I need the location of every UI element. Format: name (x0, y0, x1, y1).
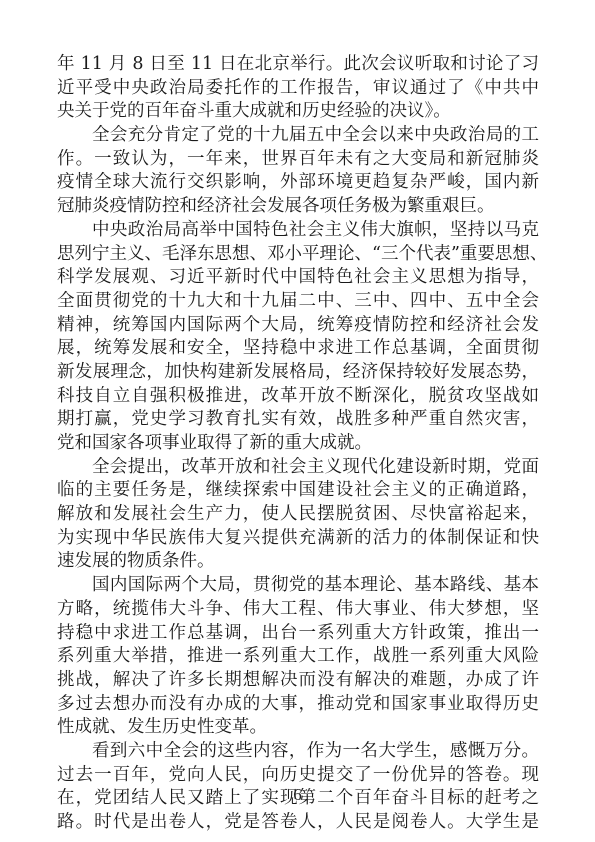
text-line: 年 11 月 8 日至 11 日在北京举行。此次会议听取和讨论了习 (57, 53, 539, 77)
text-line: 党和国家各项事业取得了新的重大成就。 (57, 432, 539, 456)
text-line: 思列宁主义、毛泽东思想、邓小平理论、“三个代表”重要思想、 (57, 243, 539, 267)
text-line: 精神，统筹国内国际两个大局，统筹疫情防控和经济社会发 (57, 314, 539, 338)
document-page: 年 11 月 8 日至 11 日在北京举行。此次会议听取和讨论了习 近平受中央政… (0, 0, 595, 842)
text-line: 解放和发展社会生产力，使人民摆脱贫困、尽快富裕起来， (57, 503, 539, 527)
paragraph-4: 全会提出，改革开放和社会主义现代化建设新时期，党面 临的主要任务是，继续探索中国… (57, 456, 539, 574)
text-line: 持稳中求进工作总基调，出台一系列重大方针政策，推出一 (57, 622, 539, 646)
paragraph-2: 全会充分肯定了党的十九届五中全会以来中央政治局的工 作。一致认为，一年来，世界百… (57, 124, 539, 219)
text-line: 方略，统揽伟大斗争、伟大工程、伟大事业、伟大梦想，坚 (57, 598, 539, 622)
text-line: 多过去想办而没有办成的大事，推动党和国家事业取得历史 (57, 693, 539, 717)
text-line: 期打赢，党史学习教育扎实有效，战胜多种严重自然灾害， (57, 408, 539, 432)
text-line: 临的主要任务是，继续探索中国建设社会主义的正确道路， (57, 479, 539, 503)
text-line: 路。时代是出卷人，党是答卷人，人民是阅卷人。大学生是 (57, 811, 539, 835)
text-line: 过去一百年，党向人民，向历史提交了一份优异的答卷。现 (57, 764, 539, 788)
text-line: 全会提出，改革开放和社会主义现代化建设新时期，党面 (57, 456, 539, 480)
paragraph-3: 中央政治局高举中国特色社会主义伟大旗帜，坚持以马克 思列宁主义、毛泽东思想、邓小… (57, 219, 539, 456)
text-line: 看到六中全会的这些内容，作为一名大学生，感慨万分。 (57, 740, 539, 764)
text-line: 冠肺炎疫情防控和经济社会发展各项任务极为繁重艰巨。 (57, 195, 539, 219)
text-line: 中央政治局高举中国特色社会主义伟大旗帜，坚持以马克 (57, 219, 539, 243)
text-line: 全面贯彻党的十九大和十九届二中、三中、四中、五中全会 (57, 290, 539, 314)
page-number: 6 (0, 785, 595, 805)
text-line: 展，统筹发展和安全，坚持稳中求进工作总基调，全面贯彻 (57, 337, 539, 361)
text-line: 科学发展观、习近平新时代中国特色社会主义思想为指导， (57, 266, 539, 290)
text-line: 作。一致认为，一年来，世界百年未有之大变局和新冠肺炎 (57, 148, 539, 172)
text-line: 性成就、发生历史性变革。 (57, 716, 539, 740)
text-line: 挑战，解决了许多长期想解决而没有解决的难题，办成了许 (57, 669, 539, 693)
text-line: 近平受中央政治局委托作的工作报告，审议通过了《中共中 (57, 77, 539, 101)
body-text: 年 11 月 8 日至 11 日在北京举行。此次会议听取和讨论了习 近平受中央政… (57, 53, 539, 835)
text-line: 为实现中华民族伟大复兴提供充满新的活力的体制保证和快 (57, 527, 539, 551)
text-line: 央关于党的百年奋斗重大成就和历史经验的决议》。 (57, 100, 539, 124)
text-line: 科技自立自强积极推进，改革开放不断深化，脱贫攻坚战如 (57, 385, 539, 409)
text-line: 新发展理念，加快构建新发展格局，经济保持较好发展态势， (57, 361, 539, 385)
text-line: 速发展的物质条件。 (57, 550, 539, 574)
text-line: 系列重大举措，推进一系列重大工作，战胜一系列重大风险 (57, 645, 539, 669)
paragraph-5: 国内国际两个大局，贯彻党的基本理论、基本路线、基本 方略，统揽伟大斗争、伟大工程… (57, 574, 539, 740)
paragraph-1: 年 11 月 8 日至 11 日在北京举行。此次会议听取和讨论了习 近平受中央政… (57, 53, 539, 124)
text-line: 全会充分肯定了党的十九届五中全会以来中央政治局的工 (57, 124, 539, 148)
text-line: 国内国际两个大局，贯彻党的基本理论、基本路线、基本 (57, 574, 539, 598)
text-line: 疫情全球大流行交织影响，外部环境更趋复杂严峻，国内新 (57, 171, 539, 195)
